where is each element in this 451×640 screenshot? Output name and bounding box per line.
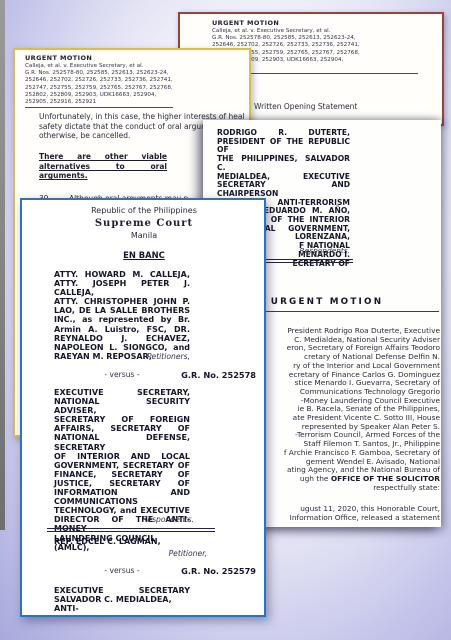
respondents-block-2: EXECUTIVE SECRETARYSALVADOR C. MEDIALDEA… — [54, 586, 190, 613]
court-header: Republic of the Philippines Supreme Cour… — [50, 205, 238, 242]
doc-text-line: SALVADOR C. MEDIALDEA, ANTI- — [54, 595, 190, 613]
doc-text-line: AFFAIRS, SECRETARY OF — [54, 424, 190, 433]
doc-text-line: G.R. Nos. 252578-80, 252585, 252613, 252… — [212, 35, 418, 42]
doc-text-line: THE PHILIPPINES, SALVADOR C. — [217, 155, 350, 172]
doc-text-line: EXECUTIVE SECRETARY, — [54, 388, 190, 397]
case-title-line: Calleja, et al. v. Executive Secretary, … — [212, 28, 418, 35]
doc-text-line: FINANCE, SECRETARY OF — [54, 470, 190, 479]
urgent-motion-heading: URGENT MOTION — [212, 19, 418, 27]
doc-text-line: PRESIDENT OF THE REPUBLIC OF — [217, 138, 350, 155]
gr-number-252579: G.R. No. 252579 — [181, 566, 256, 576]
doc-text-line: EXECUTIVE SECRETARY — [54, 586, 190, 595]
gr-number-252578: G.R. No. 252578 — [181, 370, 256, 380]
petitioner-label: Petitioner, — [54, 549, 207, 558]
solicitor-line-pre: ugh the — [300, 474, 329, 483]
argument-subheading: There are other viablealternatives to or… — [39, 152, 167, 181]
doc-text-line: ATTY. HOWARD M. CALLEJA, — [54, 270, 190, 279]
versus-row-2: - versus - G.R. No. 252579 — [22, 566, 260, 576]
doc-text-line: NATIONAL DEFENSE, SECRETARY — [54, 433, 190, 451]
doc-text-line: SECRETARY OF FOREIGN — [54, 415, 190, 424]
doc-text-line: SECRETARY AND CHAIRPERSON — [217, 181, 350, 198]
page-edge-strip — [0, 0, 5, 530]
en-banc-heading: EN BANC — [50, 250, 238, 260]
doc-text-line: LAO, DE LA SALLE BROTHERS — [54, 306, 190, 315]
office-of-solicitor-text: OFFICE OF THE SOLICITOR — [331, 474, 440, 483]
doc-text-line: 252747, 252755, 252759, 252765, 252767, … — [25, 85, 173, 92]
doc-text-line: alternatives to oral — [39, 162, 167, 172]
doc-text-line: GOVERNMENT, SECRETARY OF — [54, 461, 190, 470]
case-caption-header: URGENT MOTION Calleja, et al. v. Executi… — [25, 54, 173, 108]
document-supreme-court-caption: Republic of the Philippines Supreme Cour… — [20, 198, 266, 617]
doc-text-line: Armin A. Luistro, FSC, DR. — [54, 325, 190, 334]
supreme-court-line: Supreme Court — [50, 217, 238, 230]
doc-text-line: INFORMATION AND — [54, 488, 190, 497]
doc-text-line: JUSTICE, SECRETARY OF — [54, 479, 190, 488]
doc-text-line: arguments. — [39, 171, 167, 181]
doc-text-line: OF INTERIOR AND LOCAL — [54, 452, 190, 461]
gr-numbers-list: G.R. Nos. 252578-80, 252585, 252613, 252… — [25, 70, 173, 106]
case-title-line: Calleja, et al. v. Executive Secretary, … — [25, 63, 173, 70]
republic-line: Republic of the Philippines — [50, 205, 238, 217]
doc-text-line: ATTY. CHRISTOPHER JOHN P. — [54, 297, 190, 306]
respondents-label: Respondents. — [54, 515, 194, 524]
doc-text-line: 252905, 252916, 252921 — [25, 99, 173, 106]
petitioners-label: Petitioners, — [54, 352, 190, 361]
doc-text-line: G.R. Nos. 252578-80, 252585, 252613, 252… — [25, 70, 173, 77]
manila-line: Manila — [50, 230, 238, 242]
double-rule — [47, 528, 215, 532]
versus-row-1: - versus - G.R. No. 252578 — [22, 370, 260, 380]
doc-text-line: REYNALDO J. ECHAVEZ, — [54, 334, 190, 343]
doc-text-line: ATTY. JOSEPH PETER J. CALLEJA, — [54, 279, 190, 297]
doc-text-line: INC., as represented by Br. — [54, 315, 190, 324]
petitioners-block: ATTY. HOWARD M. CALLEJA,ATTY. JOSEPH PET… — [54, 270, 190, 361]
court-documents-collage: URGENT MOTION Calleja, et al. v. Executi… — [0, 0, 451, 640]
doc-text-line: COMMUNICATIONS — [54, 497, 190, 506]
written-opening-statement: Written Opening Statement — [254, 102, 357, 111]
doc-text-line: 252646, 252702, 252726, 252733, 252736, … — [25, 77, 173, 84]
doc-text-line: NATIONAL SECURITY ADVISER, — [54, 397, 190, 415]
doc-text-line: TECHNOLOGY, and EXECUTIVE — [54, 506, 190, 515]
versus-text: - versus - — [54, 566, 190, 575]
doc-text-line: NAPOLEON L. SIONGCO, and — [54, 343, 190, 352]
versus-text: - versus - — [54, 370, 190, 379]
petitioner-lagman: REP. EDCEL C. LAGMAN, — [54, 537, 161, 546]
doc-text-line: There are other viable — [39, 152, 167, 162]
urgent-motion-heading: URGENT MOTION — [25, 54, 173, 62]
doc-text-line: 252802, 252809, 252903, UDK16663, 252904… — [25, 92, 173, 99]
